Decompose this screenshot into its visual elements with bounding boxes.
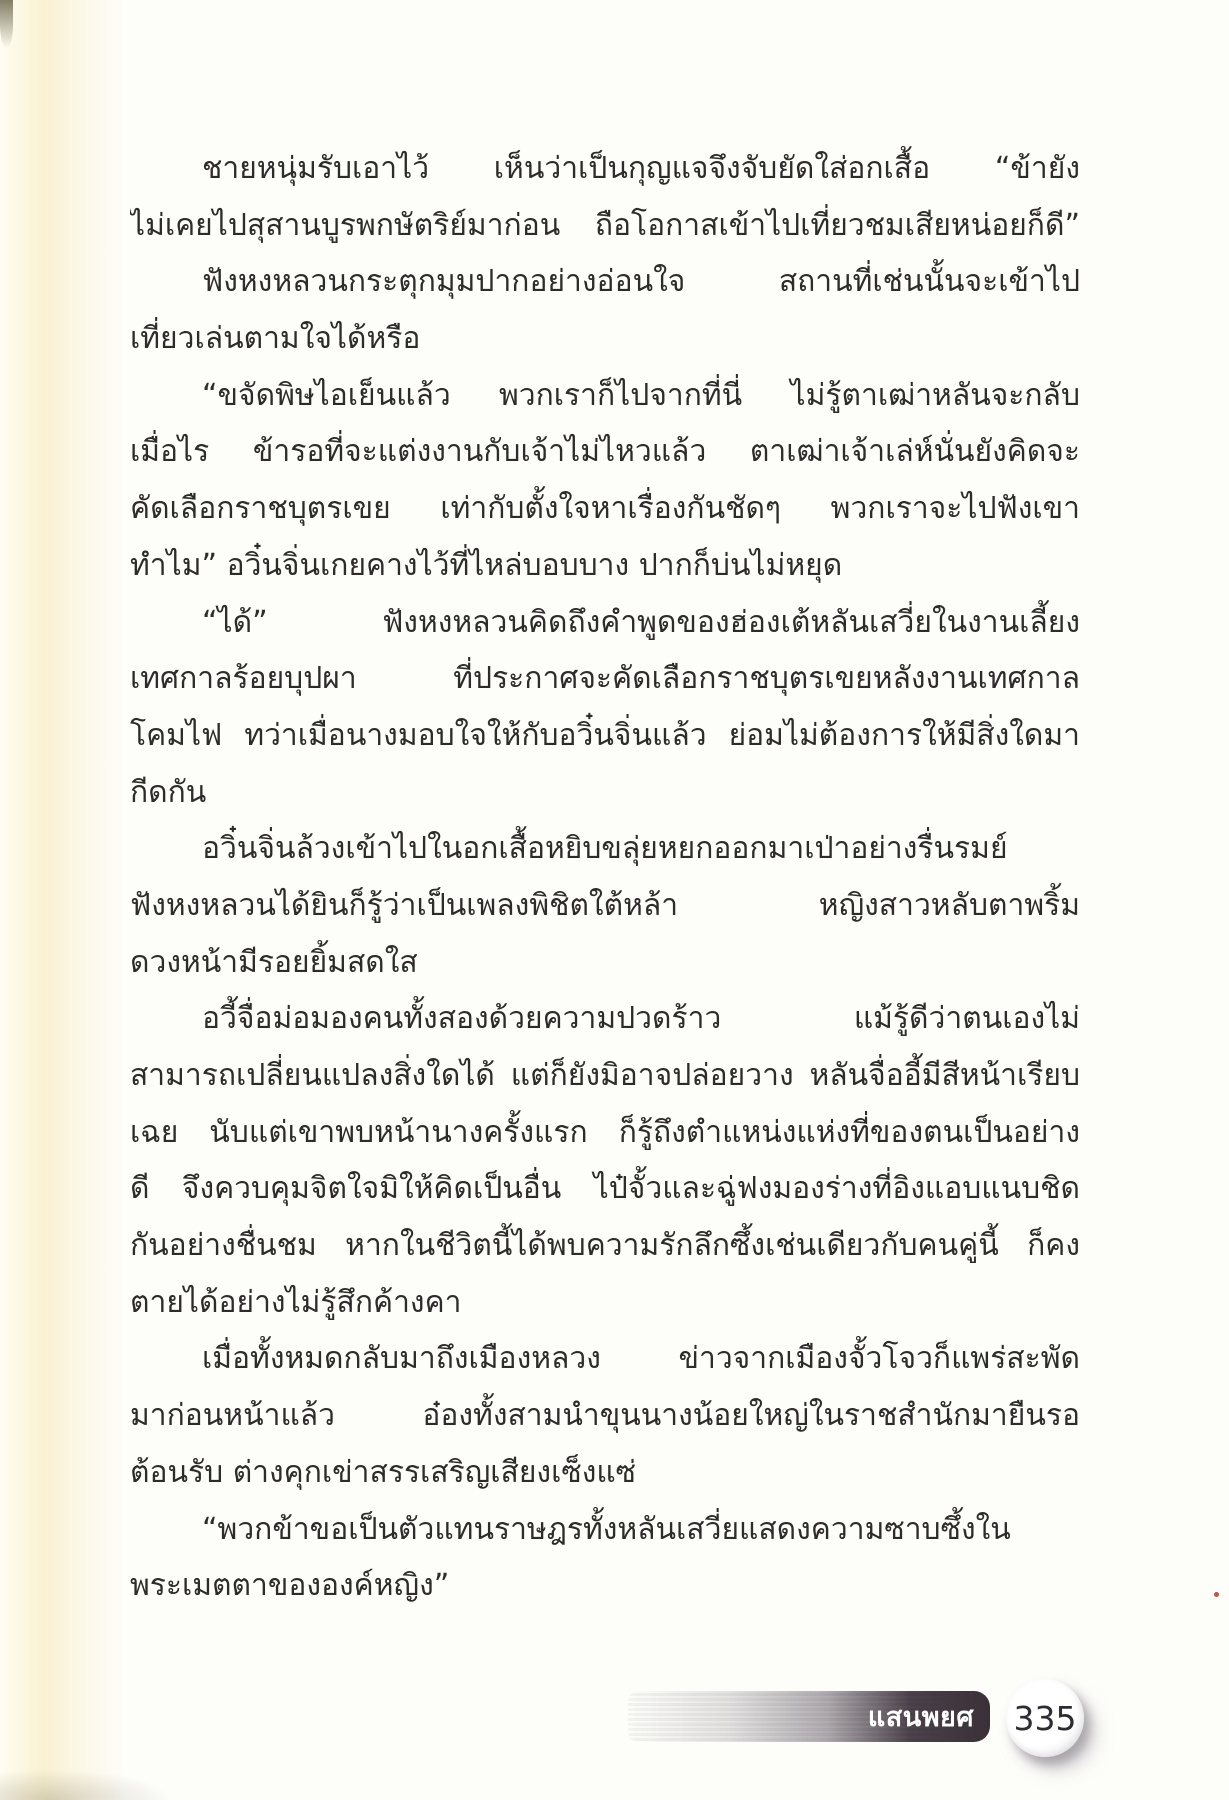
text-line: ฟังหงหลวนกระตุกมุมปากอย่างอ่อนใจ สถานที่… — [130, 254, 1080, 311]
text-line: กันอย่างชื่นชม หากในชีวิตนี้ได้พบความรัก… — [130, 1218, 1080, 1275]
page-number-badge: 335 — [1006, 1679, 1084, 1757]
scan-edge-smudge-bottom — [0, 1770, 170, 1800]
text-line: อวี้จื่อม่อมองคนทั้งสองด้วยความปวดร้าว แ… — [130, 991, 1080, 1048]
text-line: มาก่อนหน้าแล้ว อ๋องทั้งสามนำขุนนางน้อยให… — [130, 1388, 1080, 1445]
page-number: 335 — [1014, 1699, 1077, 1738]
page-binding-tint — [0, 0, 125, 1800]
text-line: เฉย นับแต่เขาพบหน้านางครั้งแรก ก็รู้ถึงต… — [130, 1105, 1080, 1162]
text-line: เที่ยวเล่นตามใจได้หรือ — [130, 311, 1080, 368]
text-line: โคมไฟ ทว่าเมื่อนางมอบใจให้กับอวิ๋นจิ่นแล… — [130, 708, 1080, 765]
text-line: ดี จึงควบคุมจิตใจมิให้คิดเป็นอื่น ไป๋จั้… — [130, 1161, 1080, 1218]
text-line: ฟังหงหลวนได้ยินก็รู้ว่าเป็นเพลงพิชิตใต้ห… — [130, 878, 1080, 935]
print-speck — [1214, 1592, 1219, 1597]
text-line: “ขจัดพิษไอเย็นแล้ว พวกเราก็ไปจากที่นี่ ไ… — [130, 368, 1080, 425]
text-line: สามารถเปลี่ยนแปลงสิ่งใดได้ แต่ก็ยังมิอาจ… — [130, 1048, 1080, 1105]
text-line: กีดกัน — [130, 765, 1080, 822]
text-line: ไม่เคยไปสุสานบูรพกษัตริย์มาก่อน ถือโอกาส… — [130, 198, 1080, 255]
body-text: ชายหนุ่มรับเอาไว้ เห็นว่าเป็นกุญแจจึงจับ… — [130, 141, 1080, 1615]
text-line: “พวกข้าขอเป็นตัวแทนราษฎรทั้งหลันเสวี่ยแส… — [130, 1502, 1080, 1559]
text-line: “ได้” ฟังหงหลวนคิดถึงคำพูดของฮ่องเต้หลัน… — [130, 595, 1080, 652]
scan-edge-smudge-top — [0, 0, 13, 48]
text-line: เมื่อทั้งหมดกลับมาถึงเมืองหลวง ข่าวจากเม… — [130, 1331, 1080, 1388]
text-line: ชายหนุ่มรับเอาไว้ เห็นว่าเป็นกุญแจจึงจับ… — [130, 141, 1080, 198]
text-line: พระเมตตาขององค์หญิง” — [130, 1558, 1080, 1615]
book-title: แสนพยศ — [868, 1695, 974, 1738]
text-line: อวิ๋นจิ่นล้วงเข้าไปในอกเสื้อหยิบขลุ่ยหยก… — [130, 821, 1080, 878]
text-line: ต้อนรับ ต่างคุกเข่าสรรเสริญเสียงเซ็งแซ่ — [130, 1445, 1080, 1502]
text-line: ดวงหน้ามีรอยยิ้มสดใส — [130, 935, 1080, 992]
text-line: คัดเลือกราชบุตรเขย เท่ากับตั้งใจหาเรื่อง… — [130, 481, 1080, 538]
text-line: ทำไม” อวิ๋นจิ่นเกยคางไว้ที่ไหล่บอบบาง ปา… — [130, 538, 1080, 595]
text-line: เมื่อไร ข้ารอที่จะแต่งงานกับเจ้าไม่ไหวแล… — [130, 424, 1080, 481]
scanned-book-page: { "body_lines": [ {"text": "ชายหนุ่มรับเ… — [0, 0, 1229, 1800]
running-title-banner: แสนพยศ — [628, 1691, 990, 1742]
text-line: เทศกาลร้อยบุปผา ที่ประกาศจะคัดเลือกราชบุ… — [130, 651, 1080, 708]
text-line: ตายได้อย่างไม่รู้สึกค้างคา — [130, 1275, 1080, 1332]
